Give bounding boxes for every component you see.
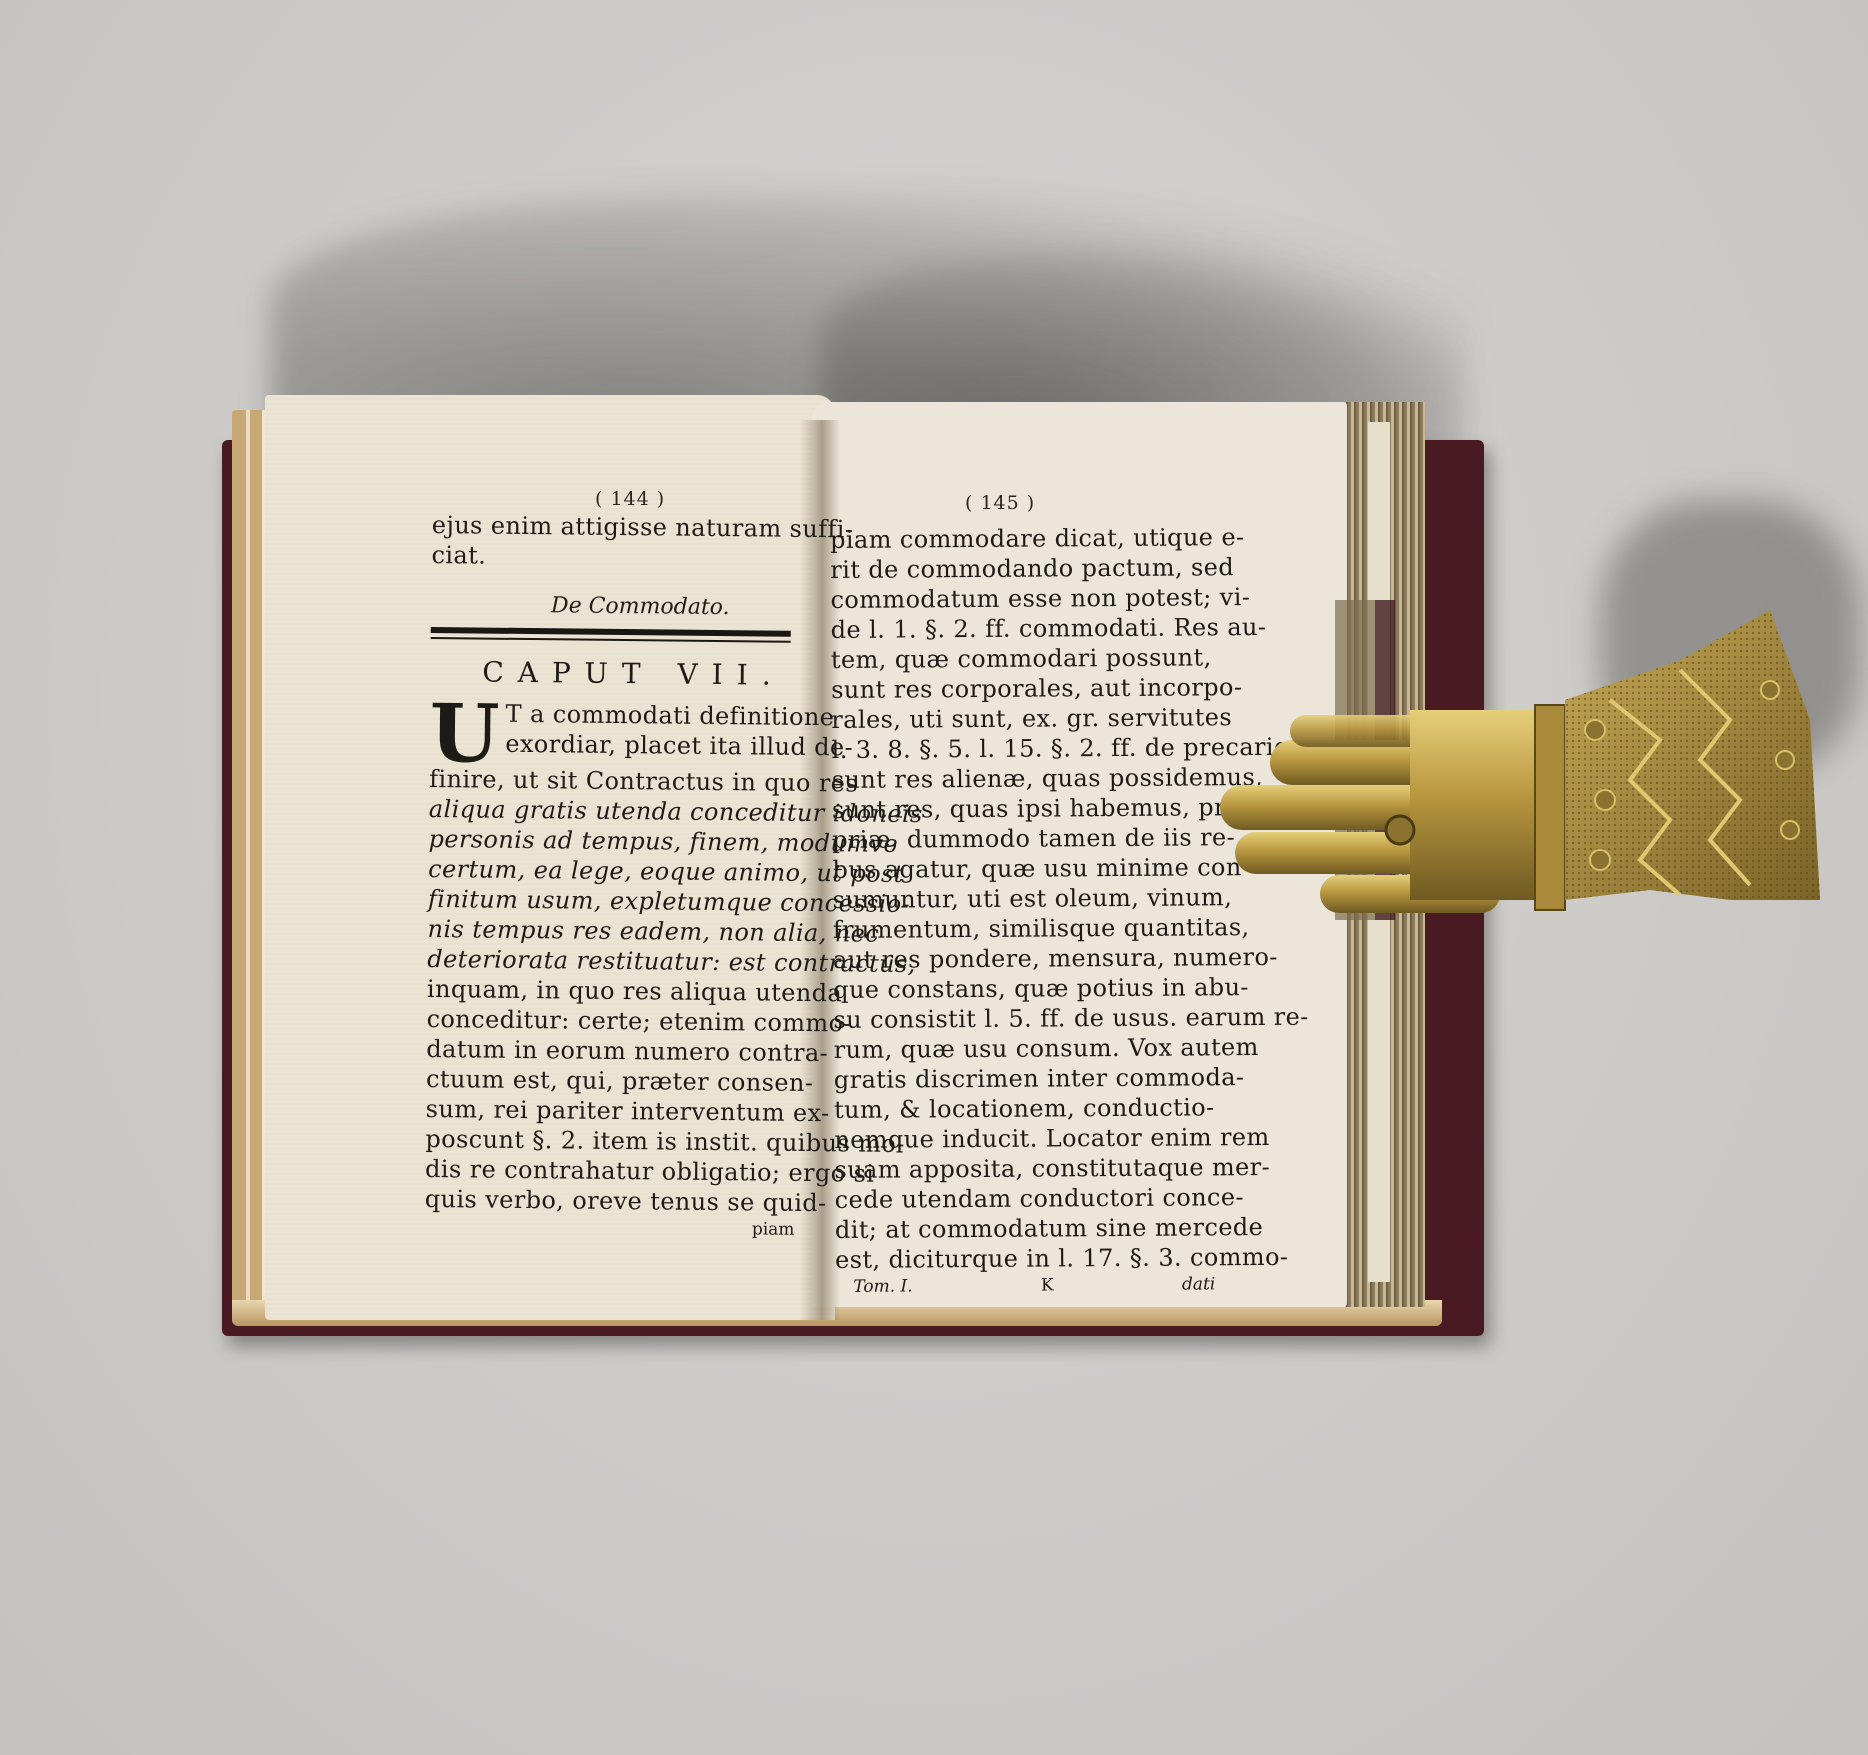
chapter-heading: CAPUT VII. [482, 656, 800, 692]
text-line: priæ, dummodo tamen de iis re- [832, 822, 1212, 855]
photo-scene: ( 144 ) ejus enim attigisse naturam suff… [0, 0, 1868, 1755]
text-line: ctuum est, qui, præter consen- [426, 1064, 796, 1098]
catchword: piam [424, 1216, 794, 1240]
text-line: sunt res, quas ipsi habemus, pro- [832, 792, 1212, 825]
text-line: sunt res alienæ, quas possidemus, [832, 762, 1212, 795]
text-line: conceditur: certe; etenim commo- [427, 1004, 797, 1038]
text-line: finitum usum, expletumque concessio- [428, 884, 798, 918]
text-line: rit de commodando pactum, sed [830, 552, 1210, 585]
rule-thin [431, 637, 791, 643]
text-line: aut res pondere, mensura, numero- [833, 942, 1213, 975]
text-line: dit; at commodatum sine mercede [835, 1212, 1215, 1245]
text-line: sum, rei pariter interventum ex- [426, 1094, 796, 1128]
text-line: que constans, quæ potius in abu- [833, 972, 1213, 1005]
text-line: sunt res corporales, aut incorpo- [831, 672, 1211, 705]
left-page-text: ejus enim attigisse naturam suffi- ciat.… [424, 510, 802, 1240]
right-page-text: piam commodare dicat, utique e- rit de c… [830, 522, 1215, 1297]
text-line: rales, uti sunt, ex. gr. servitutes [831, 702, 1211, 735]
text-line: deteriorata restituatur: est contractus, [427, 944, 797, 978]
text-line: de l. 1. §. 2. ff. commodati. Res au- [831, 612, 1211, 645]
text-line: nemque inducit. Locator enim rem [834, 1122, 1214, 1155]
text-line: aliqua gratis utenda conceditur idoneis [429, 794, 799, 828]
text-line: l. 3. 8. §. 5. l. 15. §. 2. ff. de preca… [831, 732, 1211, 765]
right-folio: ( 145 ) [965, 492, 1035, 514]
brass-hand-clip-icon [1210, 600, 1830, 920]
text-line: frumentum, similisque quantitas, [833, 912, 1213, 945]
text-line: quis verbo, oreve tenus se quid- [425, 1184, 795, 1218]
text-line: poscunt §. 2. item is instit. quibus mo- [425, 1124, 795, 1158]
text-line: ciat. [431, 540, 801, 574]
text-line: tem, quæ commodari possunt, [831, 642, 1211, 675]
signature-mark: K [1041, 1275, 1054, 1295]
text-line: rum, quæ usu consum. Vox autem [834, 1032, 1214, 1065]
text-line: bus agatur, quæ usu minime con- [832, 852, 1212, 885]
section-title: De Commodato. [551, 593, 801, 621]
dropcap: U [429, 702, 499, 765]
text-line: suam apposita, constitutaque mer- [834, 1152, 1214, 1185]
text-line: ejus enim attigisse naturam suffi- [432, 510, 802, 544]
catchword: dati [1182, 1274, 1215, 1294]
left-folio: ( 144 ) [595, 488, 665, 510]
text-line: tum, & locationem, conductio- [834, 1092, 1214, 1125]
text-line: piam commodare dicat, utique e- [830, 522, 1210, 555]
text-line: su consistit l. 5. ff. de usus. earum re… [833, 1002, 1213, 1035]
text-line: inquam, in quo res aliqua utenda [427, 974, 797, 1008]
signature-line: Tom. I. K dati [835, 1274, 1215, 1297]
text-line: personis ad tempus, finem, modumve [428, 824, 798, 858]
text-line: nis tempus res eadem, non alia, nec [427, 914, 797, 948]
text-line: certum, ea lege, eoque animo, ut post [428, 854, 798, 888]
text-line: est, diciturque in l. 17. §. 3. commo- [835, 1242, 1215, 1275]
text-line: gratis discrimen inter commoda- [834, 1062, 1214, 1095]
text-line: commodatum esse non potest; vi- [830, 582, 1210, 615]
volume-mark: Tom. I. [853, 1276, 912, 1296]
text-line: sumuntur, uti est oleum, vinum, [833, 882, 1213, 915]
text-line: dis re contrahatur obligatio; ergo si [425, 1154, 795, 1188]
text-line: cede utendam conductori conce- [835, 1182, 1215, 1215]
rule-thick [431, 627, 791, 637]
text-line: datum in eorum numero contra- [426, 1034, 796, 1068]
